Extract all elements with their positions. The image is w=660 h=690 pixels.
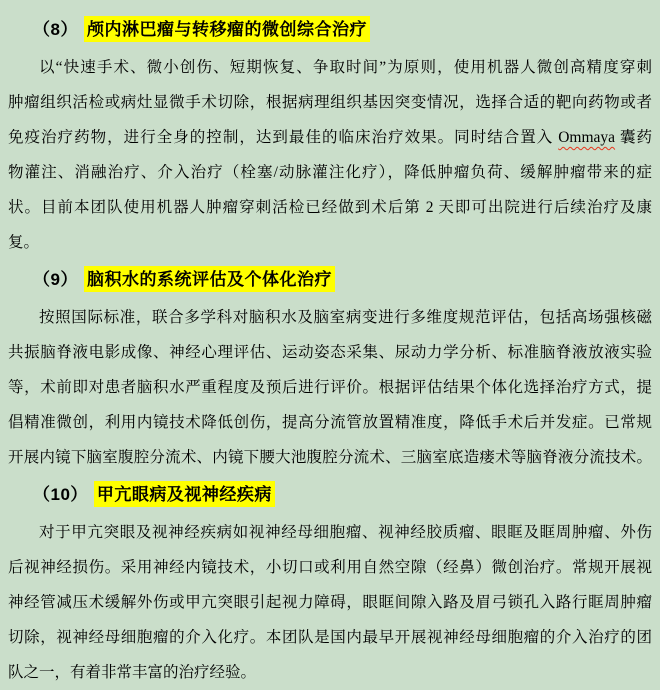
line-text: 囊药 xyxy=(615,129,652,146)
section-9-paragraph-line: 按照国际标准，联合多学科对脑积水及脑室病变进行多维度规范评估，包括高场强核磁 xyxy=(8,300,652,335)
section-10-paragraph-line: 神经管减压术缓解外伤或甲亢突眼引起视力障碍，眼眶间隙入路及眉弓锁孔入路行眶周肿瘤 xyxy=(8,585,652,620)
section-10-paragraph-line: 切除，视神经母细胞瘤的介入化疗。本团队是国内最早开展视神经母细胞瘤的介入治疗的团 xyxy=(8,620,652,655)
line-text: 免疫治疗药物，进行全身的控制，达到最佳的临床治疗效果。同时结合置入 xyxy=(8,129,558,146)
section-9-title-highlighted: 脑积水的系统评估及个体化治疗 xyxy=(84,266,335,292)
section-8-paragraph-line: 状。目前本团队使用机器人肿瘤穿刺活检已经做到术后第 2 天即可出院进行后续治疗及… xyxy=(8,190,652,225)
section-10-paragraph-line: 后视神经损伤。采用神经内镜技术，小切口或利用自然空隙（经鼻）微创治疗。常规开展视 xyxy=(8,550,652,585)
section-8-number: （8） xyxy=(33,20,78,39)
section-8-paragraph-line: 物灌注、消融治疗、介入治疗（栓塞/动脉灌注化疗），降低肿瘤负荷、缓解肿瘤带来的症 xyxy=(8,155,652,190)
section-8-paragraph-line: 以“快速手术、微小创伤、短期恢复、争取时间”为原则，使用机器人微创高精度穿刺 xyxy=(8,50,652,85)
section-9-paragraph-line: 等，术前即对患者脑积水严重程度及预后进行评价。根据评估结果个体化选择治疗方式，提 xyxy=(8,370,652,405)
section-10-paragraph-line: 队之一，有着非常丰富的治疗经验。 xyxy=(8,655,652,690)
section-10-paragraph-line: 对于甲亢突眼及视神经疾病如视神经母细胞瘤、视神经胶质瘤、眼眶及眶周肿瘤、外伤 xyxy=(8,515,652,550)
section-9-paragraph-line: 倡精准微创，利用内镜技术降低创伤，提高分流管放置精准度，降低手术后并发症。已常规 xyxy=(8,405,652,440)
section-8-paragraph-line: 免疫治疗药物，进行全身的控制，达到最佳的临床治疗效果。同时结合置入 Ommaya… xyxy=(8,120,652,155)
spellcheck-flagged-word: Ommaya xyxy=(558,129,615,146)
section-10-title-highlighted: 甲亢眼病及视神经疾病 xyxy=(94,481,275,507)
section-9-paragraph-line: 共振脑脊液电影成像、神经心理评估、运动姿态采集、尿动力学分析、标准脑脊液放液实验 xyxy=(8,335,652,370)
section-8-paragraph-line: 肿瘤组织活检或病灶显微手术切除，根据病理组织基因突变情况，选择合适的靶向药物或者 xyxy=(8,85,652,120)
section-9-heading: （9）脑积水的系统评估及个体化治疗 xyxy=(8,260,652,300)
section-9-paragraph-line: 开展内镜下脑室腹腔分流术、内镜下腰大池腹腔分流术、三脑室底造瘘术等脑脊液分流技术… xyxy=(8,440,652,475)
section-10-number: （10） xyxy=(33,485,88,504)
section-10-heading: （10）甲亢眼病及视神经疾病 xyxy=(8,475,652,515)
section-8-title-highlighted: 颅内淋巴瘤与转移瘤的微创综合治疗 xyxy=(84,16,370,42)
document-page[interactable]: （8）颅内淋巴瘤与转移瘤的微创综合治疗 以“快速手术、微小创伤、短期恢复、争取时… xyxy=(0,0,660,690)
section-8-paragraph-line: 复。 xyxy=(8,225,652,260)
section-8-heading: （8）颅内淋巴瘤与转移瘤的微创综合治疗 xyxy=(8,10,652,50)
section-9-number: （9） xyxy=(33,270,78,289)
